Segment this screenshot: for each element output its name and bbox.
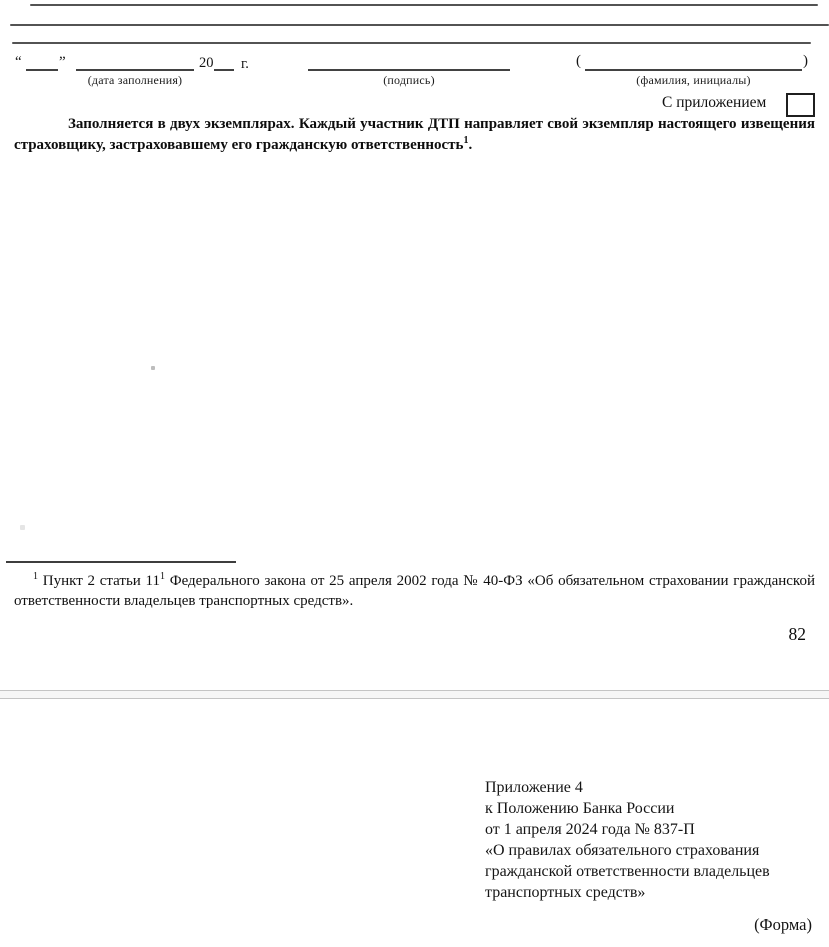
- footnote-separator: [6, 561, 236, 563]
- instruction-paragraph: Заполняется в двух экземплярах. Каждый у…: [14, 114, 815, 156]
- appendix-reference-block: Приложение 4 к Положению Банка России от…: [485, 777, 770, 903]
- instruction-line-1: Заполняется в двух экземплярах. Каждый у…: [14, 114, 815, 135]
- day-blank-line: [26, 69, 58, 71]
- scan-artifact-dot: [20, 525, 25, 530]
- attachment-label: С приложением: [662, 94, 766, 112]
- scanned-document-viewer: { "document": { "page1": { "fill_row": {…: [0, 0, 829, 947]
- footnote-text: 1 Пункт 2 статьи 111 Федерального закона…: [14, 571, 815, 611]
- instruction-line-2: страховщику, застраховавшему его граждан…: [14, 135, 815, 156]
- form-blank-line-2: [10, 24, 829, 26]
- year-suffix: г.: [241, 56, 249, 73]
- year-blank-line: [214, 69, 234, 71]
- surname-caption: (фамилия, инициалы): [585, 73, 802, 88]
- surname-paren-close: ): [803, 53, 808, 70]
- footnote-line-2: ответственности владельцев транспортных …: [14, 591, 815, 611]
- page-number: 82: [789, 624, 807, 645]
- surname-paren-open: (: [576, 53, 581, 70]
- scan-artifact-dot: [151, 366, 155, 370]
- form-label: (Форма): [754, 915, 812, 935]
- month-blank-line: [76, 69, 194, 71]
- date-quote-close: ”: [59, 54, 66, 71]
- footnote-line-1: 1 Пункт 2 статьи 111 Федерального закона…: [14, 571, 815, 591]
- appendix-line: от 1 апреля 2024 года № 837-П: [485, 819, 770, 840]
- signature-caption: (подпись): [308, 73, 510, 88]
- appendix-line: транспортных средств»: [485, 882, 770, 903]
- surname-blank-line: [585, 69, 802, 71]
- appendix-line: «О правилах обязательного страхования: [485, 840, 770, 861]
- date-quote-open: “: [15, 54, 22, 71]
- year-prefix: 20: [199, 55, 214, 72]
- form-blank-line-3: [12, 42, 811, 44]
- form-blank-line-1: [30, 4, 818, 6]
- date-caption: (дата заполнения): [76, 73, 194, 88]
- appendix-line: к Положению Банка России: [485, 798, 770, 819]
- page-break: [0, 690, 829, 699]
- appendix-line: Приложение 4: [485, 777, 770, 798]
- appendix-line: гражданской ответственности владельцев: [485, 861, 770, 882]
- signature-blank-line: [308, 69, 510, 71]
